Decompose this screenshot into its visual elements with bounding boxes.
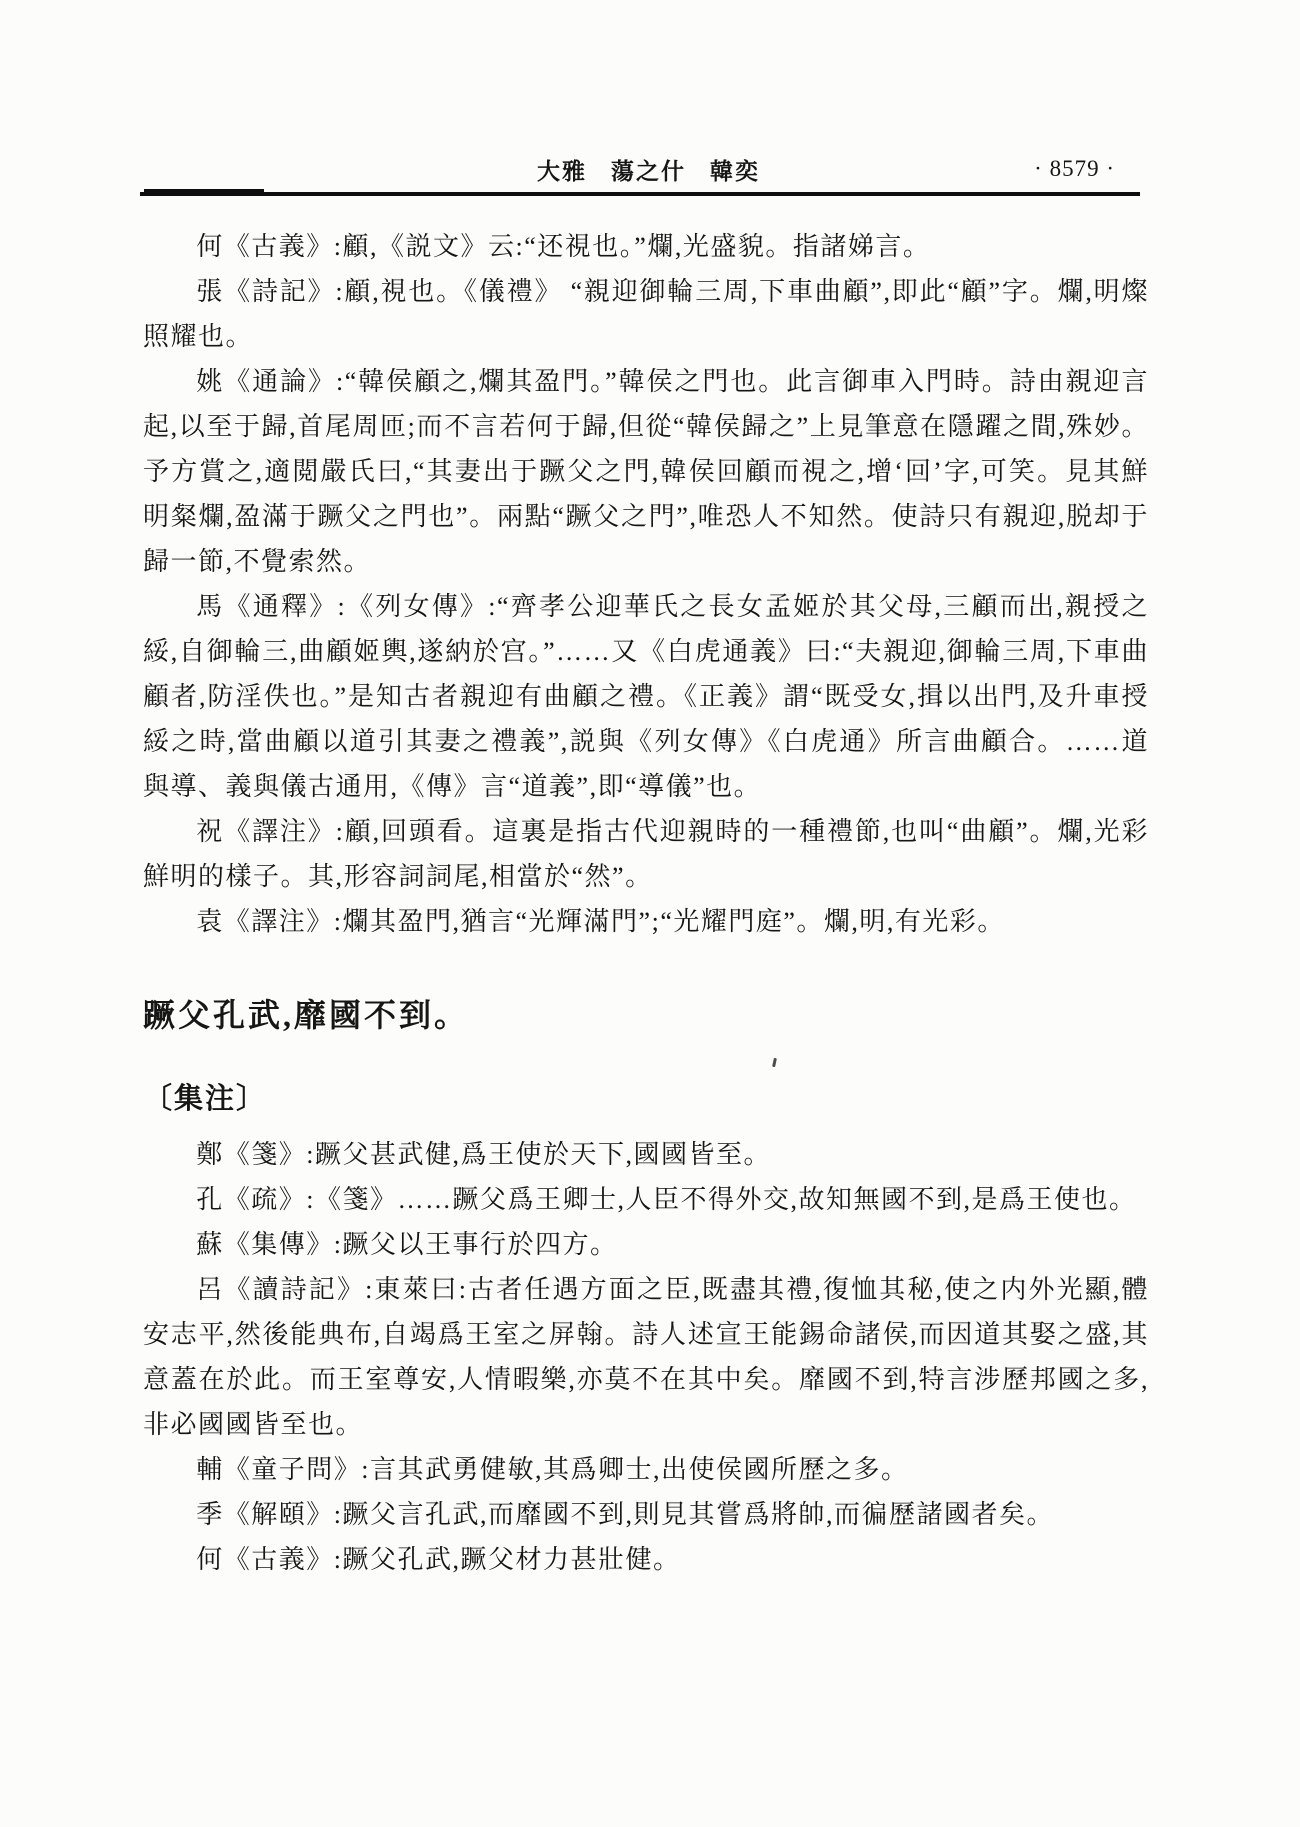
commentary-paragraph: 祝《譯注》:顧,回頭看。這裏是指古代迎親時的一種禮節,也叫“曲顧”。爛,光彩鮮明…	[143, 809, 1149, 899]
page-number: · 8579 ·	[1034, 156, 1115, 182]
commentary-paragraph: 何《古義》:顧,《説文》云:“还視也。”爛,光盛貌。指諸娣言。	[143, 224, 1149, 269]
header-part-dangzhishi: 蕩之什	[611, 153, 686, 186]
commentary-paragraph: 鄭《箋》:蹶父甚武健,爲王使於天下,國國皆至。	[143, 1132, 1149, 1177]
header-part-hanyi: 韓奕	[710, 153, 760, 186]
commentary-paragraph: 張《詩記》:顧,視也。《儀禮》 “親迎御輪三周,下車曲顧”,即此“顧”字。爛,明…	[143, 269, 1149, 359]
commentary-paragraph: 孔《疏》:《箋》……蹶父爲王卿士,人臣不得外交,故知無國不到,是爲王使也。	[143, 1177, 1149, 1222]
commentary-paragraph: 季《解頤》:蹶父言孔武,而靡國不到,則見其嘗爲將帥,而徧歷諸國者矣。	[143, 1492, 1149, 1537]
header-part-daya: 大雅	[537, 153, 587, 186]
commentary-paragraph: 蘇《集傳》:蹶父以王事行於四方。	[143, 1222, 1149, 1267]
jizhu-section-label: 〔集注〕	[143, 1080, 1149, 1118]
commentary-paragraph: 姚《通論》:“韓侯顧之,爛其盈門。”韓侯之門也。此言御車入門時。詩由親迎言起,以…	[143, 359, 1149, 584]
commentary-paragraph: 呂《讀詩記》:東萊曰:古者任遇方面之臣,既盡其禮,復恤其秘,使之内外光顯,體安志…	[143, 1267, 1149, 1447]
header-divider	[140, 192, 1140, 196]
running-header: 大雅 蕩之什 韓奕	[537, 153, 760, 186]
commentary-paragraph: 馬《通釋》:《列女傳》:“齊孝公迎華氏之長女孟姬於其父母,三顧而出,親授之綏,自…	[143, 584, 1149, 809]
page-body: 何《古義》:顧,《説文》云:“还視也。”爛,光盛貌。指諸娣言。 張《詩記》:顧,…	[143, 224, 1149, 1582]
commentary-paragraph: 何《古義》:蹶父孔武,蹶父材力甚壯健。	[143, 1537, 1149, 1582]
scanned-book-page: 大雅 蕩之什 韓奕 · 8579 · 何《古義》:顧,《説文》云:“还視也。”爛…	[0, 0, 1300, 1827]
commentary-paragraph: 袁《譯注》:爛其盈門,猶言“光輝滿門”;“光耀門庭”。爛,明,有光彩。	[143, 899, 1149, 944]
commentary-paragraph: 輔《童子問》:言其武勇健敏,其爲卿士,出使侯國所歷之多。	[143, 1447, 1149, 1492]
verse-heading: 蹶父孔武,靡國不到。	[143, 994, 1149, 1036]
